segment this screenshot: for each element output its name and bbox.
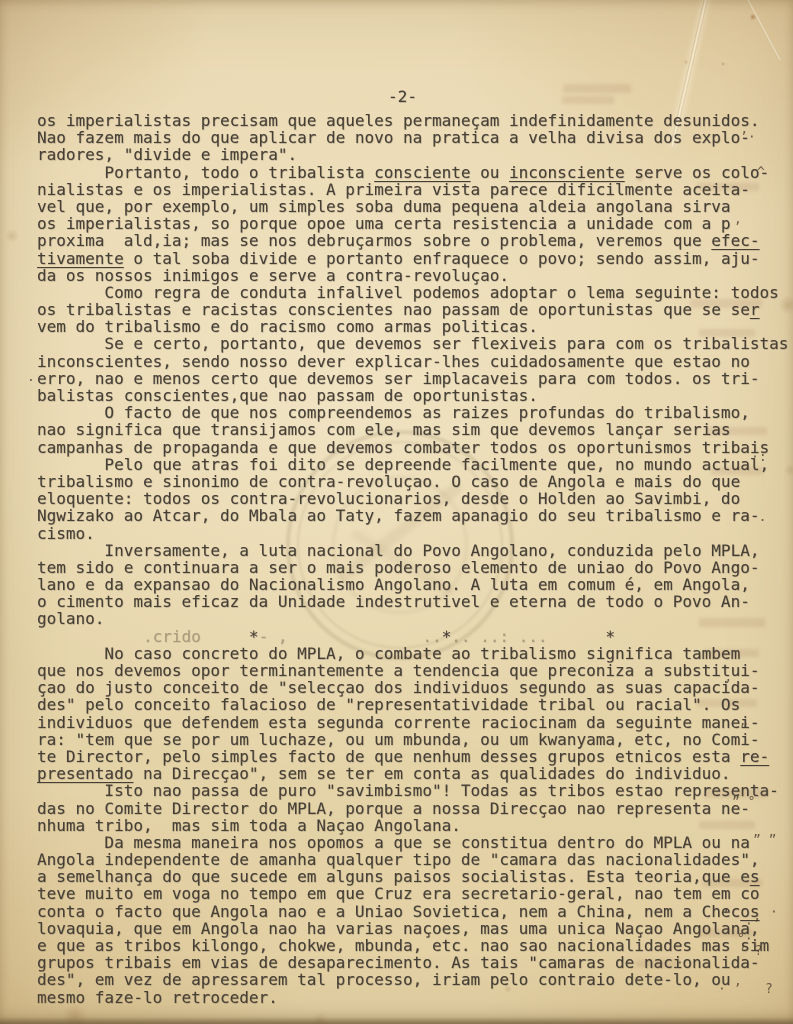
text-line: mesmo faze-lo retroceder. — [37, 989, 785, 1006]
text-line: lovaquia, que em Angola nao ha varias na… — [37, 920, 785, 937]
text-line: individuos que defendem esta segunda cor… — [37, 714, 785, 731]
text-line: tivamente o tal soba divide e portanto e… — [37, 250, 785, 267]
ink-speck: ’ — [724, 678, 732, 693]
ink-speck: · — [770, 905, 778, 920]
text-line: Inversamente, a luta nacional do Povo An… — [37, 542, 785, 559]
ink-speck: ” — [740, 722, 748, 737]
text-line: Portanto, todo o tribalista consciente o… — [37, 164, 785, 181]
typewritten-text: os imperialistas precisam que aqueles pe… — [37, 112, 785, 1006]
text-line: inconscientes, sendo nosso dever explica… — [37, 353, 785, 370]
text-line: erro, nao e menos certo que devemos ser … — [37, 370, 785, 387]
text-line: o cimento mais eficaz da Unidade indestr… — [37, 593, 785, 610]
text-line: Isto nao passa de puro "savimbismo"! Tod… — [37, 782, 785, 799]
text-line: cismo. — [37, 525, 785, 542]
ink-speck: ’ ? — [739, 944, 762, 959]
text-line: eloquente: todos os contra-revolucionari… — [37, 490, 785, 507]
ink-speck: ’· — [740, 130, 756, 145]
text-line: nhuma tribo, mas sim toda a Naçao Angola… — [37, 817, 785, 834]
text-line: teve muito em voga no tempo em que Cruz … — [37, 885, 785, 902]
text-line: golano. — [37, 610, 785, 627]
ink-speck: ·’ — [745, 917, 761, 932]
text-line: tribalismo e sinonimo de contra-revoluça… — [37, 473, 785, 490]
separator-line: .crido *- , ..*.. ..: ... * — [37, 628, 785, 645]
ink-speck: ” ” — [753, 833, 776, 848]
text-line: des", em vez de apressarem tal processo,… — [37, 971, 785, 988]
ink-speck: ’ — [722, 908, 730, 923]
text-line: No caso concreto do MPLA, o combate ao t… — [37, 645, 785, 662]
text-line: que nos devemos opor terminantemente a t… — [37, 662, 785, 679]
text-line: te Director, pelo simples facto de que n… — [37, 748, 785, 765]
text-line: grupos tribais em vias de desapareciment… — [37, 954, 785, 971]
text-line: presentado na Direcçao", sem se ter em c… — [37, 765, 785, 782]
fold-crease-corner — [746, 0, 782, 61]
text-line: conta o facto que Angola nao e a Uniao S… — [37, 903, 785, 920]
text-line: das no Comite Director do MPLA, porque a… — [37, 800, 785, 817]
text-line: Ngwizako ao Atcar, do Mbala ao Taty, faz… — [37, 507, 785, 524]
ink-speck: ” ° — [732, 795, 755, 810]
text-line: campanhas de propaganda e que devemos co… — [37, 439, 785, 456]
text-line: e que as tribos kilongo, chokwe, mbunda,… — [37, 937, 785, 954]
text-line: O facto de que nos compreendemos as raiz… — [37, 404, 785, 421]
text-line: proxima ald,ia; mas se nos debruçarmos s… — [37, 232, 785, 249]
text-line: os tribalistas e racistas conscientes na… — [37, 301, 785, 318]
text-line: ra: "tem que se por um luchaze, ou um mb… — [37, 731, 785, 748]
ink-speck: . — [27, 370, 35, 385]
document-page: -2- os imperialistas precisam que aquele… — [0, 0, 793, 1024]
text-line: çao do justo conceito de "selecçao dos i… — [37, 679, 785, 696]
ink-speck: ·: — [751, 450, 767, 465]
text-line: balistas conscientes,que nao passam de o… — [37, 387, 785, 404]
scan-bottom-edge — [0, 1017, 793, 1024]
text-line: vem do tribalismo e do racismo como arma… — [37, 318, 785, 335]
text-line: Nao fazem mais do que aplicar de novo na… — [37, 129, 785, 146]
text-line: vel que, por exemplo, um simples soba du… — [37, 198, 785, 215]
text-line: os imperialistas, so porque opoe uma cer… — [37, 215, 785, 232]
ink-speck: · . — [743, 510, 766, 525]
ink-speck: · ’ ? — [718, 982, 773, 997]
text-line: nialistas e os imperialistas. A primeira… — [37, 181, 785, 198]
text-line: Como regra de conduta infalivel podemos … — [37, 284, 785, 301]
text-line: nao significa que transijamos com ele, m… — [37, 421, 785, 438]
text-line: Da mesma maneira nos opomos a que se con… — [37, 834, 785, 851]
text-line: Se e certo, portanto, que devemos ser fl… — [37, 335, 785, 352]
text-line: radores, "divide e impera". — [37, 146, 785, 163]
ink-speck: ^ — [757, 165, 765, 180]
text-line: os imperialistas precisam que aqueles pe… — [37, 112, 785, 129]
text-line: des" pelo conceito falacioso de "represe… — [37, 696, 785, 713]
text-line: tem sido e continuara a ser o mais poder… — [37, 559, 785, 576]
text-line: Angola independente de amanha qualquer t… — [37, 851, 785, 868]
ink-speck: · — [676, 956, 684, 971]
text-line: da os nossos inimigos e serve a contra-r… — [37, 267, 785, 284]
text-line: Pelo que atras foi dito se depreende fac… — [37, 456, 785, 473]
text-line: a semelhança do que sucede em alguns pai… — [37, 868, 785, 885]
text-line: lano e da expansao do Nacionalismo Angol… — [37, 576, 785, 593]
ink-speck: , — [734, 212, 742, 227]
page-number: -2- — [0, 87, 793, 106]
